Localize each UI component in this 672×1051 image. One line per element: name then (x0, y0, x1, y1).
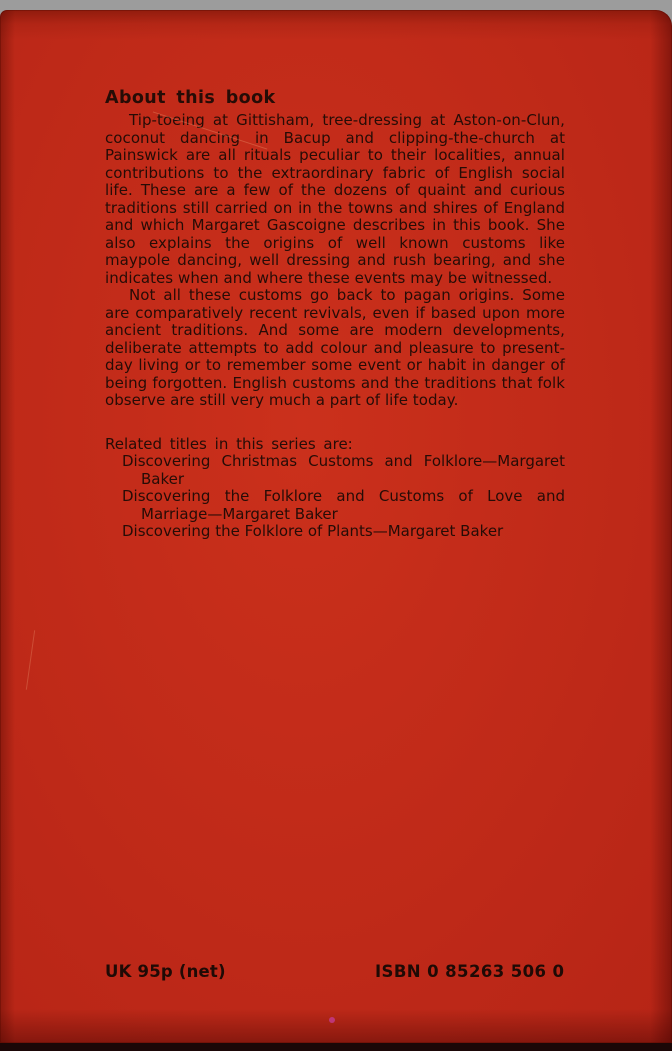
related-titles-section: Related titles in this series are: Disco… (105, 436, 565, 541)
cover-text-block: About this book Tip-toeing at Gittisham,… (105, 88, 565, 541)
related-titles-intro: Related titles in this series are: (105, 436, 565, 454)
blurb-paragraph-2: Not all these customs go back to pagan o… (105, 287, 565, 410)
blurb: Tip-toeing at Gittisham, tree-dressing a… (105, 112, 565, 410)
blurb-paragraph-1: Tip-toeing at Gittisham, tree-dressing a… (105, 112, 565, 287)
related-title-item: Discovering the Folklore of Plants—Marga… (105, 523, 565, 541)
price-label: UK 95p (net) (105, 962, 226, 982)
book-back-cover: About this book Tip-toeing at Gittisham,… (0, 10, 672, 1043)
isbn-label: ISBN 0 85263 506 0 (375, 962, 564, 982)
book-cover-photo: { "cover": { "heading": "About this book… (0, 0, 672, 1051)
about-this-book-heading: About this book (105, 88, 565, 108)
related-title-item: Discovering Christmas Customs and Folklo… (105, 453, 565, 488)
related-titles-list: Discovering Christmas Customs and Folklo… (105, 453, 565, 541)
related-title-item: Discovering the Folklore and Customs of … (105, 488, 565, 523)
scratch-mark (26, 630, 35, 690)
pink-speck (329, 1017, 335, 1023)
photo-bottom-edge (0, 1043, 672, 1051)
